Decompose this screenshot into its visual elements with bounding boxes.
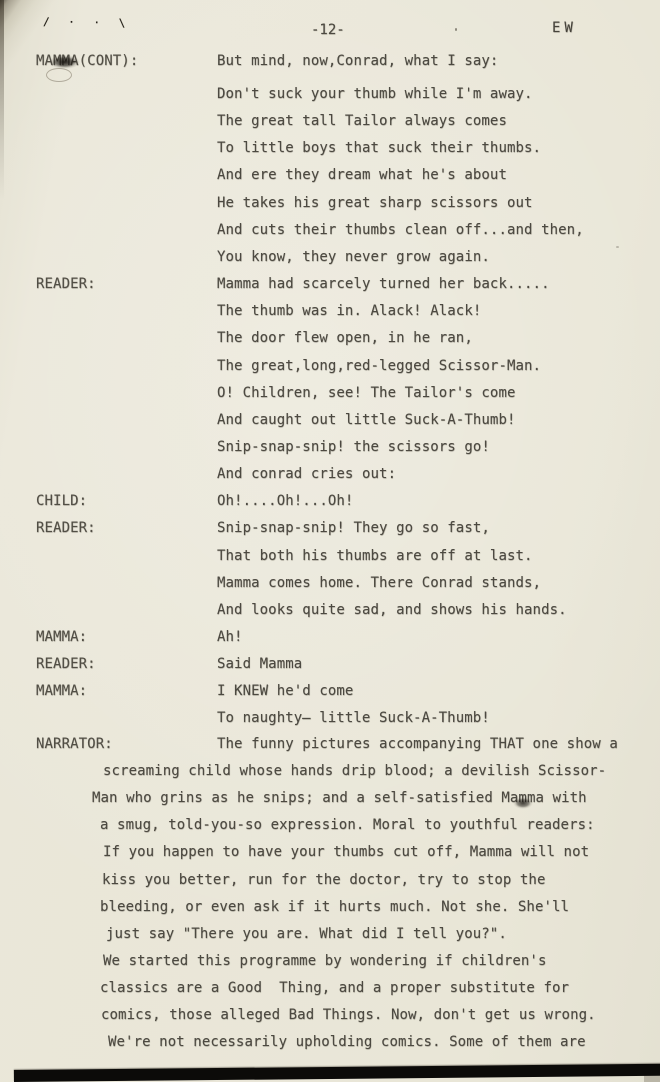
speaker-label: MAMMA: (36, 630, 87, 645)
dialogue-text: Said Mamma (217, 657, 302, 672)
dialogue-text: Snip-snap-snip! the scissors go! (217, 440, 490, 455)
page-left-edge-shadow (0, 0, 4, 200)
paper-speck (616, 246, 619, 248)
narration-text: kiss you better, run for the doctor, try… (102, 873, 546, 888)
dialogue-text: And caught out little Suck-A-Thumb! (217, 413, 516, 428)
dialogue-text: Don't suck your thumb while I'm away. (217, 87, 533, 102)
dialogue-text: The funny pictures accompanying THAT one… (217, 737, 618, 752)
dialogue-text: Ah! (217, 630, 243, 645)
speaker-label: READER: (36, 657, 96, 672)
scan-bottom-bar (14, 1064, 660, 1082)
dialogue-text: Mamma comes home. There Conrad stands, (217, 576, 541, 591)
speaker-label: MAMMA: (36, 684, 87, 699)
dialogue-text: Snip-snap-snip! They go so fast, (217, 521, 490, 536)
narration-text: comics, those alleged Bad Things. Now, d… (101, 1008, 596, 1023)
handwritten-corner-marks: / · · \ (43, 15, 132, 30)
dialogue-text: O! Children, see! The Tailor's come (217, 386, 516, 401)
speaker-label: READER: (36, 277, 96, 292)
narration-text: just say "There you are. What did I tell… (106, 927, 507, 942)
narration-text: screaming child whose hands drip blood; … (103, 764, 606, 779)
narration-text: We're not necessarily upholding comics. … (108, 1035, 586, 1050)
dialogue-text: Oh!....Oh!...Oh! (217, 494, 353, 509)
dialogue-text: The great,long,red-legged Scissor-Man. (217, 359, 541, 374)
ink-smudge (513, 797, 533, 809)
narration-text: bleeding, or even ask if it hurts much. … (100, 900, 569, 915)
ink-smudge (49, 55, 80, 69)
ink-smear-ring (46, 68, 72, 82)
typescript-page: / · · \ -12- EW MAMMA(CONT):But mind, no… (0, 0, 660, 1082)
dialogue-text: The door flew open, in he ran, (217, 331, 473, 346)
dialogue-text: But mind, now,Conrad, what I say: (217, 54, 498, 69)
dialogue-text: To naughty̶ little Suck-A-Thumb! (217, 711, 490, 726)
narration-text: a smug, told-you-so expression. Moral to… (100, 818, 595, 833)
narration-text: If you happen to have your thumbs cut of… (103, 845, 589, 860)
dialogue-text: The great tall Tailor always comes (217, 114, 507, 129)
narration-text: We started this programme by wondering i… (103, 954, 547, 969)
dialogue-text: And conrad cries out: (217, 467, 396, 482)
speaker-label: NARRATOR: (36, 737, 113, 752)
speaker-label: CHILD: (36, 494, 87, 509)
narration-text: classics are a Good Thing, and a proper … (100, 981, 569, 996)
dialogue-text: And cuts their thumbs clean off...and th… (217, 223, 584, 238)
paper-speck (455, 28, 457, 31)
dialogue-text: To little boys that suck their thumbs. (217, 141, 541, 156)
dialogue-text: That both his thumbs are off at last. (217, 549, 533, 564)
dialogue-text: Mamma had scarcely turned her back..... (217, 277, 550, 292)
speaker-label: READER: (36, 521, 96, 536)
dialogue-text: You know, they never grow again. (217, 250, 490, 265)
typist-initials: EW (552, 20, 577, 36)
dialogue-text: He takes his great sharp scissors out (217, 196, 533, 211)
dialogue-text: And looks quite sad, and shows his hands… (217, 603, 567, 618)
dialogue-text: The thumb was in. Alack! Alack! (217, 304, 481, 319)
dialogue-text: I KNEW he'd come (217, 684, 353, 699)
page-number: -12- (311, 22, 345, 38)
dialogue-text: And ere they dream what he's about (217, 168, 507, 183)
